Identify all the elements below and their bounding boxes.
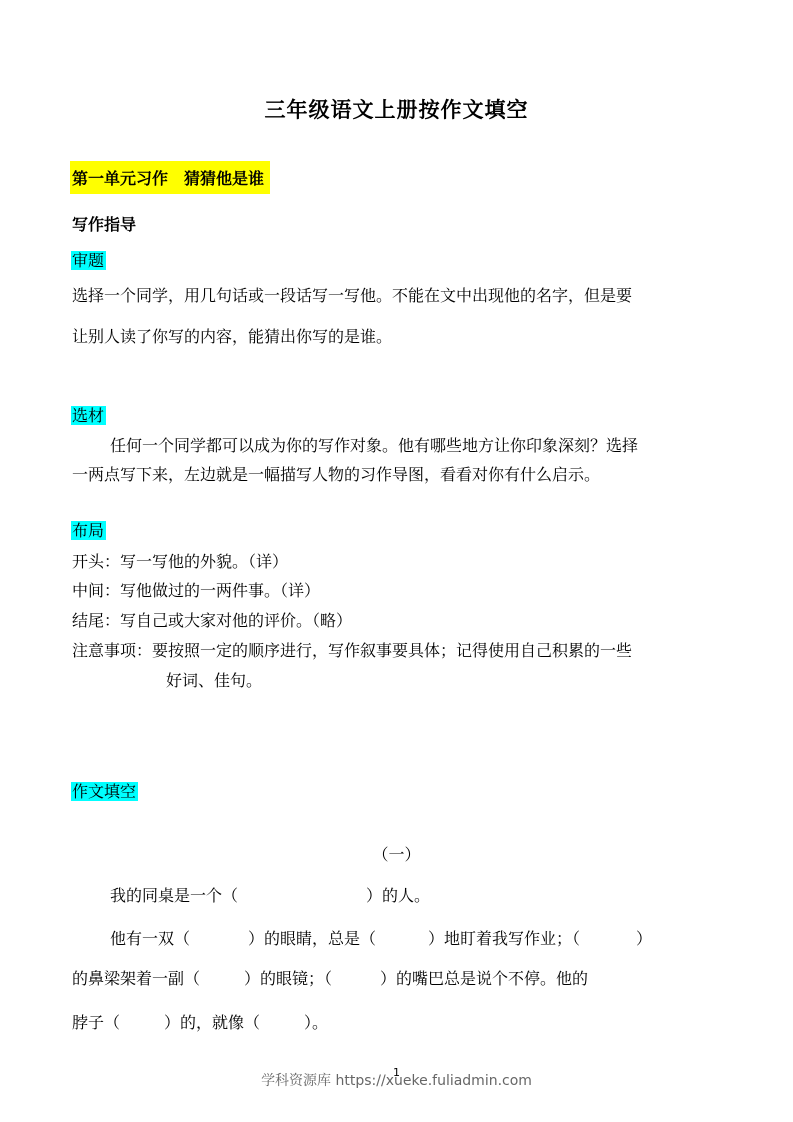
fill-line-1: 我的同桌是一个（）的人。 [110, 885, 430, 907]
buju-item: 中间：写他做过的一两件事。（详） [72, 580, 320, 602]
item-text: 要按照一定的顺序进行，写作叙事要具体；记得使用自己积累的一些 [152, 641, 632, 660]
buju-item: 注意事项：要按照一定的顺序进行，写作叙事要具体；记得使用自己积累的一些 [72, 640, 632, 662]
buju-item-continued: 好词、佳句。 [166, 670, 262, 692]
section-label: 选材 [71, 406, 106, 425]
page-title: 三年级语文上册按作文填空 [0, 94, 793, 124]
text: ）的眼镜；（ [244, 969, 332, 988]
text: ）的嘴巴总是说个不停。他的 [380, 969, 588, 988]
buju-item: 开头：写一写他的外貌。（详） [72, 551, 288, 573]
xuancai-line-2: 一两点写下来，左边就是一幅描写人物的习作导图，看看对你有什么启示。 [72, 464, 600, 486]
text: ）的，就像（ [164, 1013, 260, 1032]
text: 我的同桌是一个（ [110, 886, 238, 905]
fill-line-3: 的鼻梁架着一副（）的眼镜；（）的嘴巴总是说个不停。他的 [72, 968, 588, 990]
text: ） [636, 929, 652, 948]
buju-item: 结尾：写自己或大家对他的评价。（略） [72, 610, 352, 632]
guide-heading: 写作指导 [72, 212, 136, 235]
section-label: 布局 [71, 521, 106, 540]
item-text: 写他做过的一两件事。（详） [120, 581, 320, 600]
shenti-line-1: 选择一个同学，用几句话或一段话写一写他。不能在文中出现他的名字，但是要 [72, 285, 632, 307]
fill-line-2: 他有一双（）的眼睛，总是（）地盯着我写作业；（） [110, 928, 652, 950]
text: ）。 [304, 1013, 328, 1032]
xuancai-line-1: 任何一个同学都可以成为你的写作对象。他有哪些地方让你印象深刻？选择 [110, 435, 638, 457]
item-key: 注意事项： [72, 641, 152, 660]
section-label: 审题 [71, 251, 106, 270]
section-tiankong: 作文填空 [71, 779, 138, 805]
shenti-line-2: 让别人读了你写的内容，能猜出你写的是谁。 [72, 326, 392, 348]
item-key: 结尾： [72, 611, 120, 630]
text: 他有一双（ [110, 929, 190, 948]
section-label: 作文填空 [71, 782, 138, 801]
item-text: 写一写他的外貌。（详） [120, 552, 288, 571]
page-number: 1 [393, 1066, 400, 1079]
fill-line-4: 脖子（）的，就像（）。 [72, 1012, 328, 1034]
text: 脖子（ [72, 1013, 120, 1032]
text: ）的人。 [366, 886, 430, 905]
text: 的鼻梁架着一副（ [72, 969, 200, 988]
part-title: （一） [0, 844, 793, 866]
section-buju: 布局 [71, 518, 106, 544]
item-key: 开头： [72, 552, 120, 571]
section-shenti: 审题 [71, 248, 106, 274]
unit-heading: 第一单元习作 猜猜他是谁 [70, 161, 270, 194]
text: ）地盯着我写作业；（ [428, 929, 580, 948]
text: ）的眼睛，总是（ [248, 929, 376, 948]
item-text: 写自己或大家对他的评价。（略） [120, 611, 352, 630]
item-key: 中间： [72, 581, 120, 600]
section-xuancai: 选材 [71, 403, 106, 429]
